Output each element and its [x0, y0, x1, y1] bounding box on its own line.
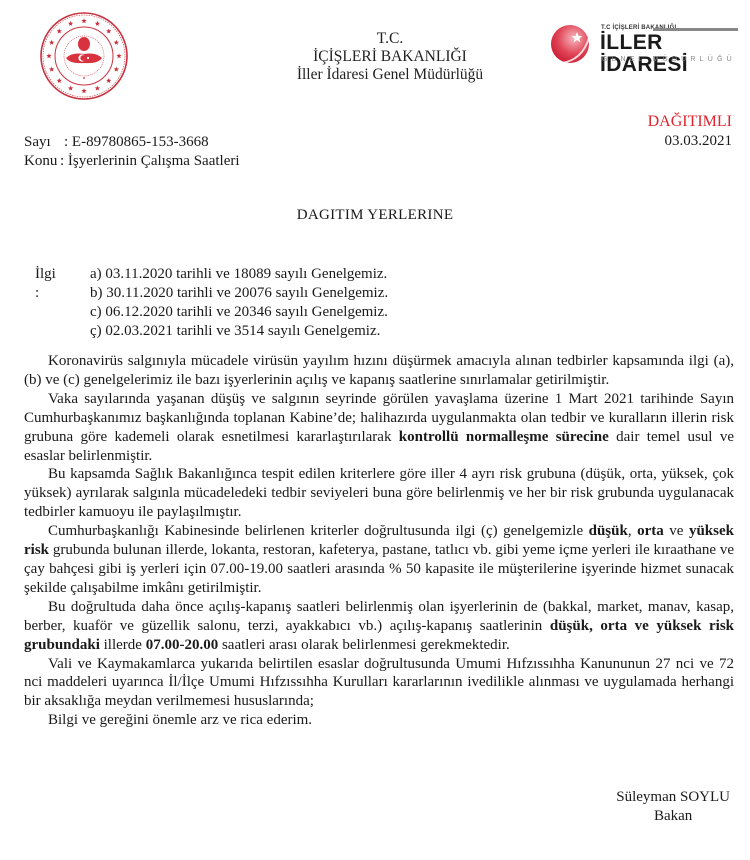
paragraph: Koronavirüs salgınıyla mücadele virüsün … — [24, 352, 734, 390]
iller-idaresi-logo: T.C İÇİŞLERİ BAKANLIĞI İLLER İDARESİ GEN… — [548, 20, 748, 70]
distribution-label: DAĞITIMLI — [648, 113, 732, 131]
number-label: Sayı — [24, 133, 64, 152]
references-label: İlgi : — [35, 265, 56, 303]
subject-label: Konu — [24, 152, 60, 171]
number-value: : E-89780865-153-3668 — [64, 134, 209, 150]
text: grubunda bulunan illerde, lokanta, resto… — [24, 542, 734, 596]
text: illerde — [100, 637, 146, 653]
iller-idaresi-logo-icon — [548, 22, 592, 66]
bold-text: 07.00-20.00 — [146, 637, 219, 653]
paragraph: Bu kapsamda Sağlık Bakanlığınca tespit e… — [24, 465, 734, 522]
text: , — [628, 523, 637, 539]
reference-item: a) 03.11.2020 tarihli ve 18089 sayılı Ge… — [90, 265, 388, 284]
addressee: DAGITIM YERLERINE — [0, 207, 750, 224]
paragraph: Bilgi ve gereğini önemle arz ve rica ede… — [24, 711, 734, 730]
subject-row: Konu: İşyerlerinin Çalışma Saatleri — [24, 152, 240, 171]
paragraph: Bu doğrultuda daha önce açılış-kapanış s… — [24, 598, 734, 655]
letter-body: Koronavirüs salgınıyla mücadele virüsün … — [24, 352, 734, 730]
logo-rule — [653, 28, 738, 31]
logo-subtitle: GENEL MÜDÜRLÜĞÜ — [602, 56, 736, 63]
signatory-name: Süleyman SOYLU — [616, 788, 730, 807]
references-list: a) 03.11.2020 tarihli ve 18089 sayılı Ge… — [90, 265, 388, 341]
text: ve — [664, 523, 689, 539]
paragraph: Cumhurbaşkanlığı Kabinesinde belirlenen … — [24, 522, 734, 598]
document-date: 03.03.2021 — [665, 133, 733, 150]
bold-text: orta — [637, 523, 664, 539]
paragraph: Vaka sayılarında yaşanan düşüş ve salgın… — [24, 390, 734, 466]
header-line-directorate: İller İdaresi Genel Müdürlüğü — [250, 66, 530, 84]
subject-value: : İşyerlerinin Çalışma Saatleri — [60, 153, 240, 169]
text: saatleri arası olarak belirlenmesi gerek… — [218, 637, 510, 653]
bold-text: düşük — [589, 523, 628, 539]
text: Cumhurbaşkanlığı Kabinesinde belirlenen … — [48, 523, 589, 539]
ministry-seal-icon — [36, 10, 132, 102]
logo-title: İLLER İDARESİ — [600, 32, 748, 76]
number-row: Sayı: E-89780865-153-3668 — [24, 133, 240, 152]
signature-block: Süleyman SOYLU Bakan — [616, 788, 730, 826]
document-meta: Sayı: E-89780865-153-3668 Konu: İşyerler… — [24, 133, 240, 171]
reference-item: ç) 02.03.2021 tarihli ve 3514 sayılı Gen… — [90, 322, 388, 341]
header-line-tc: T.C. — [250, 30, 530, 48]
header-line-ministry: İÇİŞLERİ BAKANLIĞI — [250, 48, 530, 66]
bold-text: kontrollü normalleşme sürecine — [399, 429, 609, 445]
letterhead: T.C. İÇİŞLERİ BAKANLIĞI İller İdaresi Ge… — [250, 30, 530, 84]
signatory-title: Bakan — [616, 807, 730, 826]
paragraph: Vali ve Kaymakamlarca yukarıda belirtile… — [24, 655, 734, 712]
reference-item: b) 30.11.2020 tarihli ve 20076 sayılı Ge… — [90, 284, 388, 303]
reference-item: c) 06.12.2020 tarihli ve 20346 sayılı Ge… — [90, 303, 388, 322]
